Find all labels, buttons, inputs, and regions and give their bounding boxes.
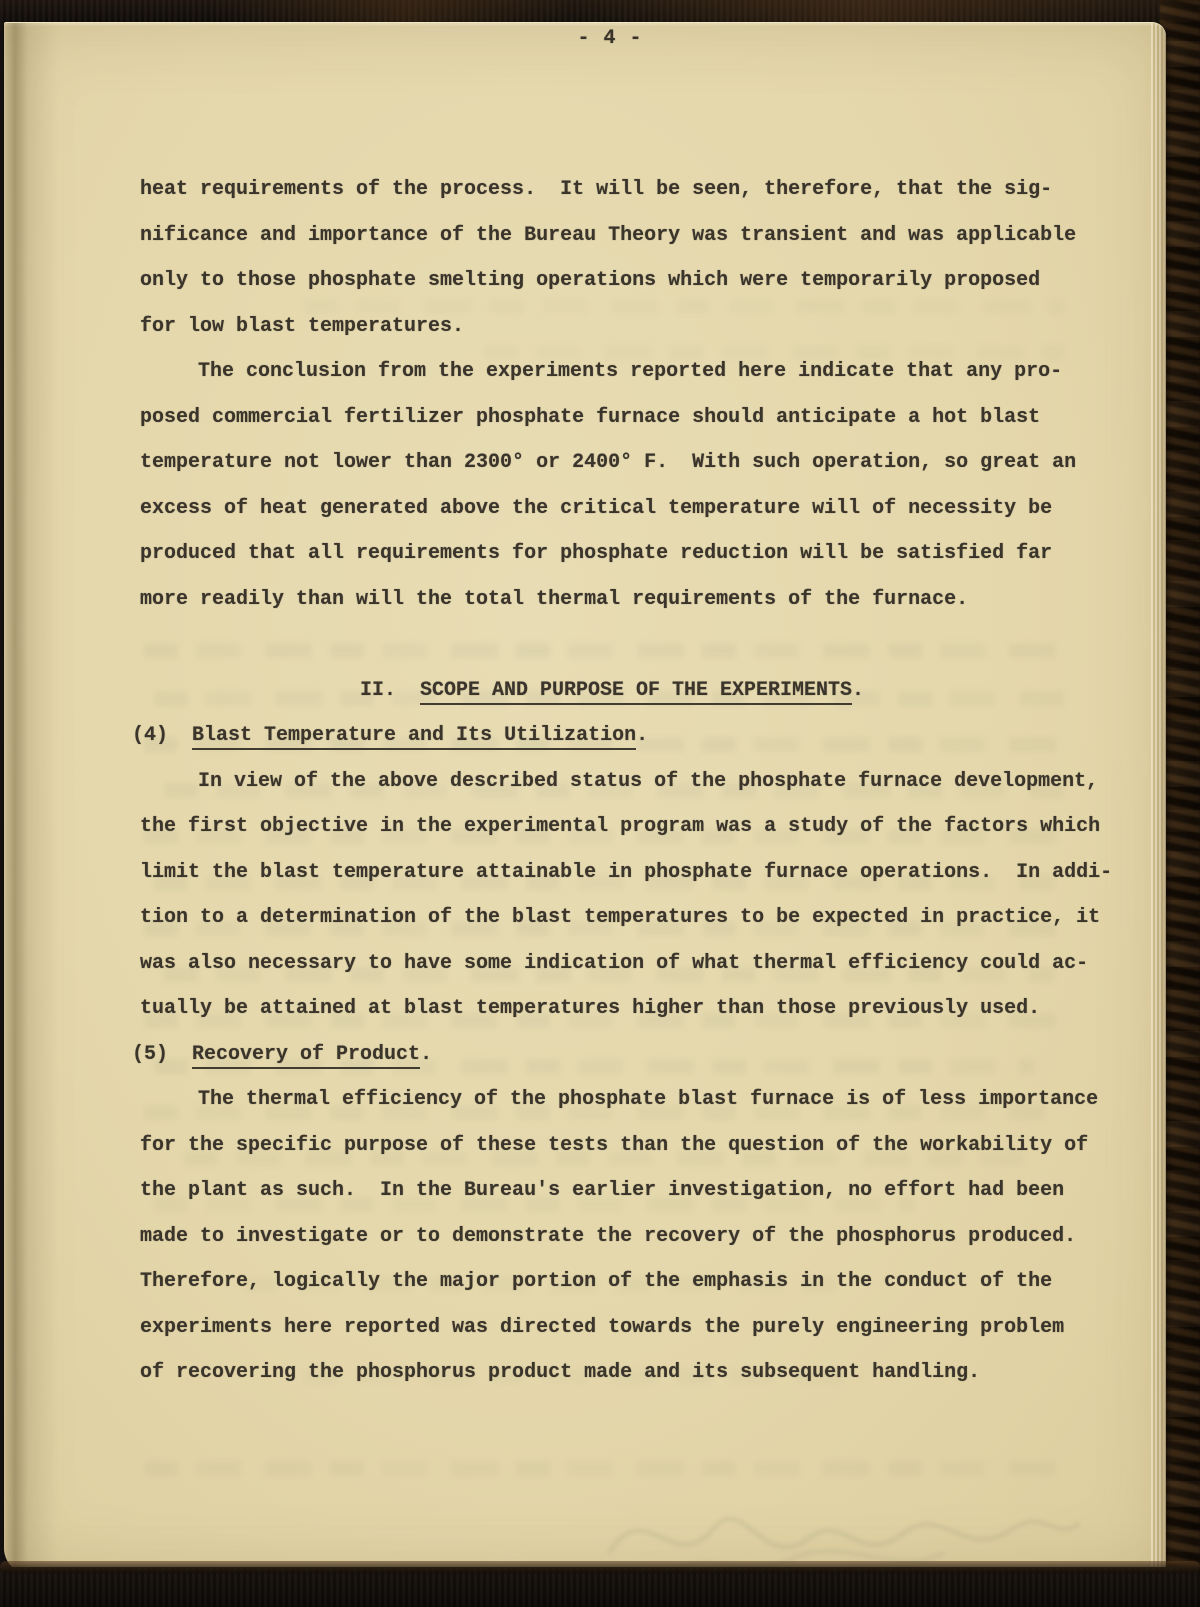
- section-heading-period: .: [852, 679, 864, 702]
- subheading-period: .: [420, 1043, 432, 1066]
- book-cover-bottom-edge: [0, 1567, 1200, 1607]
- text-line: The conclusion from the experiments repo…: [140, 349, 1084, 395]
- leather-texture: [1160, 0, 1200, 1607]
- subheading-4: (4) Blast Temperature and Its Utilizatio…: [132, 713, 1084, 759]
- text-line: tually be attained at blast temperatures…: [140, 986, 1084, 1032]
- book-spine-right-edge: [1160, 0, 1200, 1607]
- text-line: only to those phosphate smelting operati…: [140, 258, 1084, 304]
- scanned-book-page: - 4 - heat requirements of the process. …: [0, 0, 1200, 1607]
- text-line: was also necessary to have some indicati…: [140, 941, 1084, 987]
- text-line: heat requirements of the process. It wil…: [140, 167, 1084, 213]
- page-gutter-shadow: [4, 23, 58, 1574]
- text-line: limit the blast temperature attainable i…: [140, 850, 1084, 896]
- text-line: Therefore, logically the major portion o…: [140, 1259, 1084, 1305]
- page-stack-fore-edge: [1151, 23, 1166, 1574]
- text-line: The thermal efficiency of the phosphate …: [140, 1077, 1084, 1123]
- page-body-text: heat requirements of the process. It wil…: [140, 167, 1084, 1396]
- text-line: the plant as such. In the Bureau's earli…: [140, 1168, 1084, 1214]
- cover-hinge-highlight: [0, 1561, 1200, 1573]
- text-line: for the specific purpose of these tests …: [140, 1123, 1084, 1169]
- text-line: of recovering the phosphorus product mad…: [140, 1350, 1084, 1396]
- text-line: tion to a determination of the blast tem…: [140, 895, 1084, 941]
- text-line: In view of the above described status of…: [140, 759, 1084, 805]
- subheading-title: Recovery of Product: [192, 1043, 420, 1069]
- subheading-period: .: [636, 724, 648, 747]
- text-line: made to investigate or to demonstrate th…: [140, 1214, 1084, 1260]
- text-line: nificance and importance of the Bureau T…: [140, 213, 1084, 259]
- subheading-5: (5) Recovery of Product.: [132, 1032, 1084, 1078]
- section-heading: II. SCOPE AND PURPOSE OF THE EXPERIMENTS…: [140, 668, 1084, 714]
- text-line: temperature not lower than 2300° or 2400…: [140, 440, 1084, 486]
- text-line: more readily than will the total thermal…: [140, 577, 1084, 623]
- subheading-title: Blast Temperature and Its Utilization: [192, 724, 636, 750]
- text-line: the first objective in the experimental …: [140, 804, 1084, 850]
- document-page: - 4 - heat requirements of the process. …: [4, 22, 1166, 1574]
- text-line: produced that all requirements for phosp…: [140, 531, 1084, 577]
- section-heading-number: II.: [360, 679, 420, 702]
- text-line: excess of heat generated above the criti…: [140, 486, 1084, 532]
- subheading-number: (4): [132, 724, 192, 747]
- section-heading-title: SCOPE AND PURPOSE OF THE EXPERIMENTS: [420, 679, 852, 705]
- page-number: - 4 -: [140, 27, 1080, 51]
- subheading-number: (5): [132, 1043, 192, 1066]
- text-line: experiments here reported was directed t…: [140, 1305, 1084, 1351]
- text-line: posed commercial fertilizer phosphate fu…: [140, 395, 1084, 441]
- text-line: for low blast temperatures.: [140, 304, 1084, 350]
